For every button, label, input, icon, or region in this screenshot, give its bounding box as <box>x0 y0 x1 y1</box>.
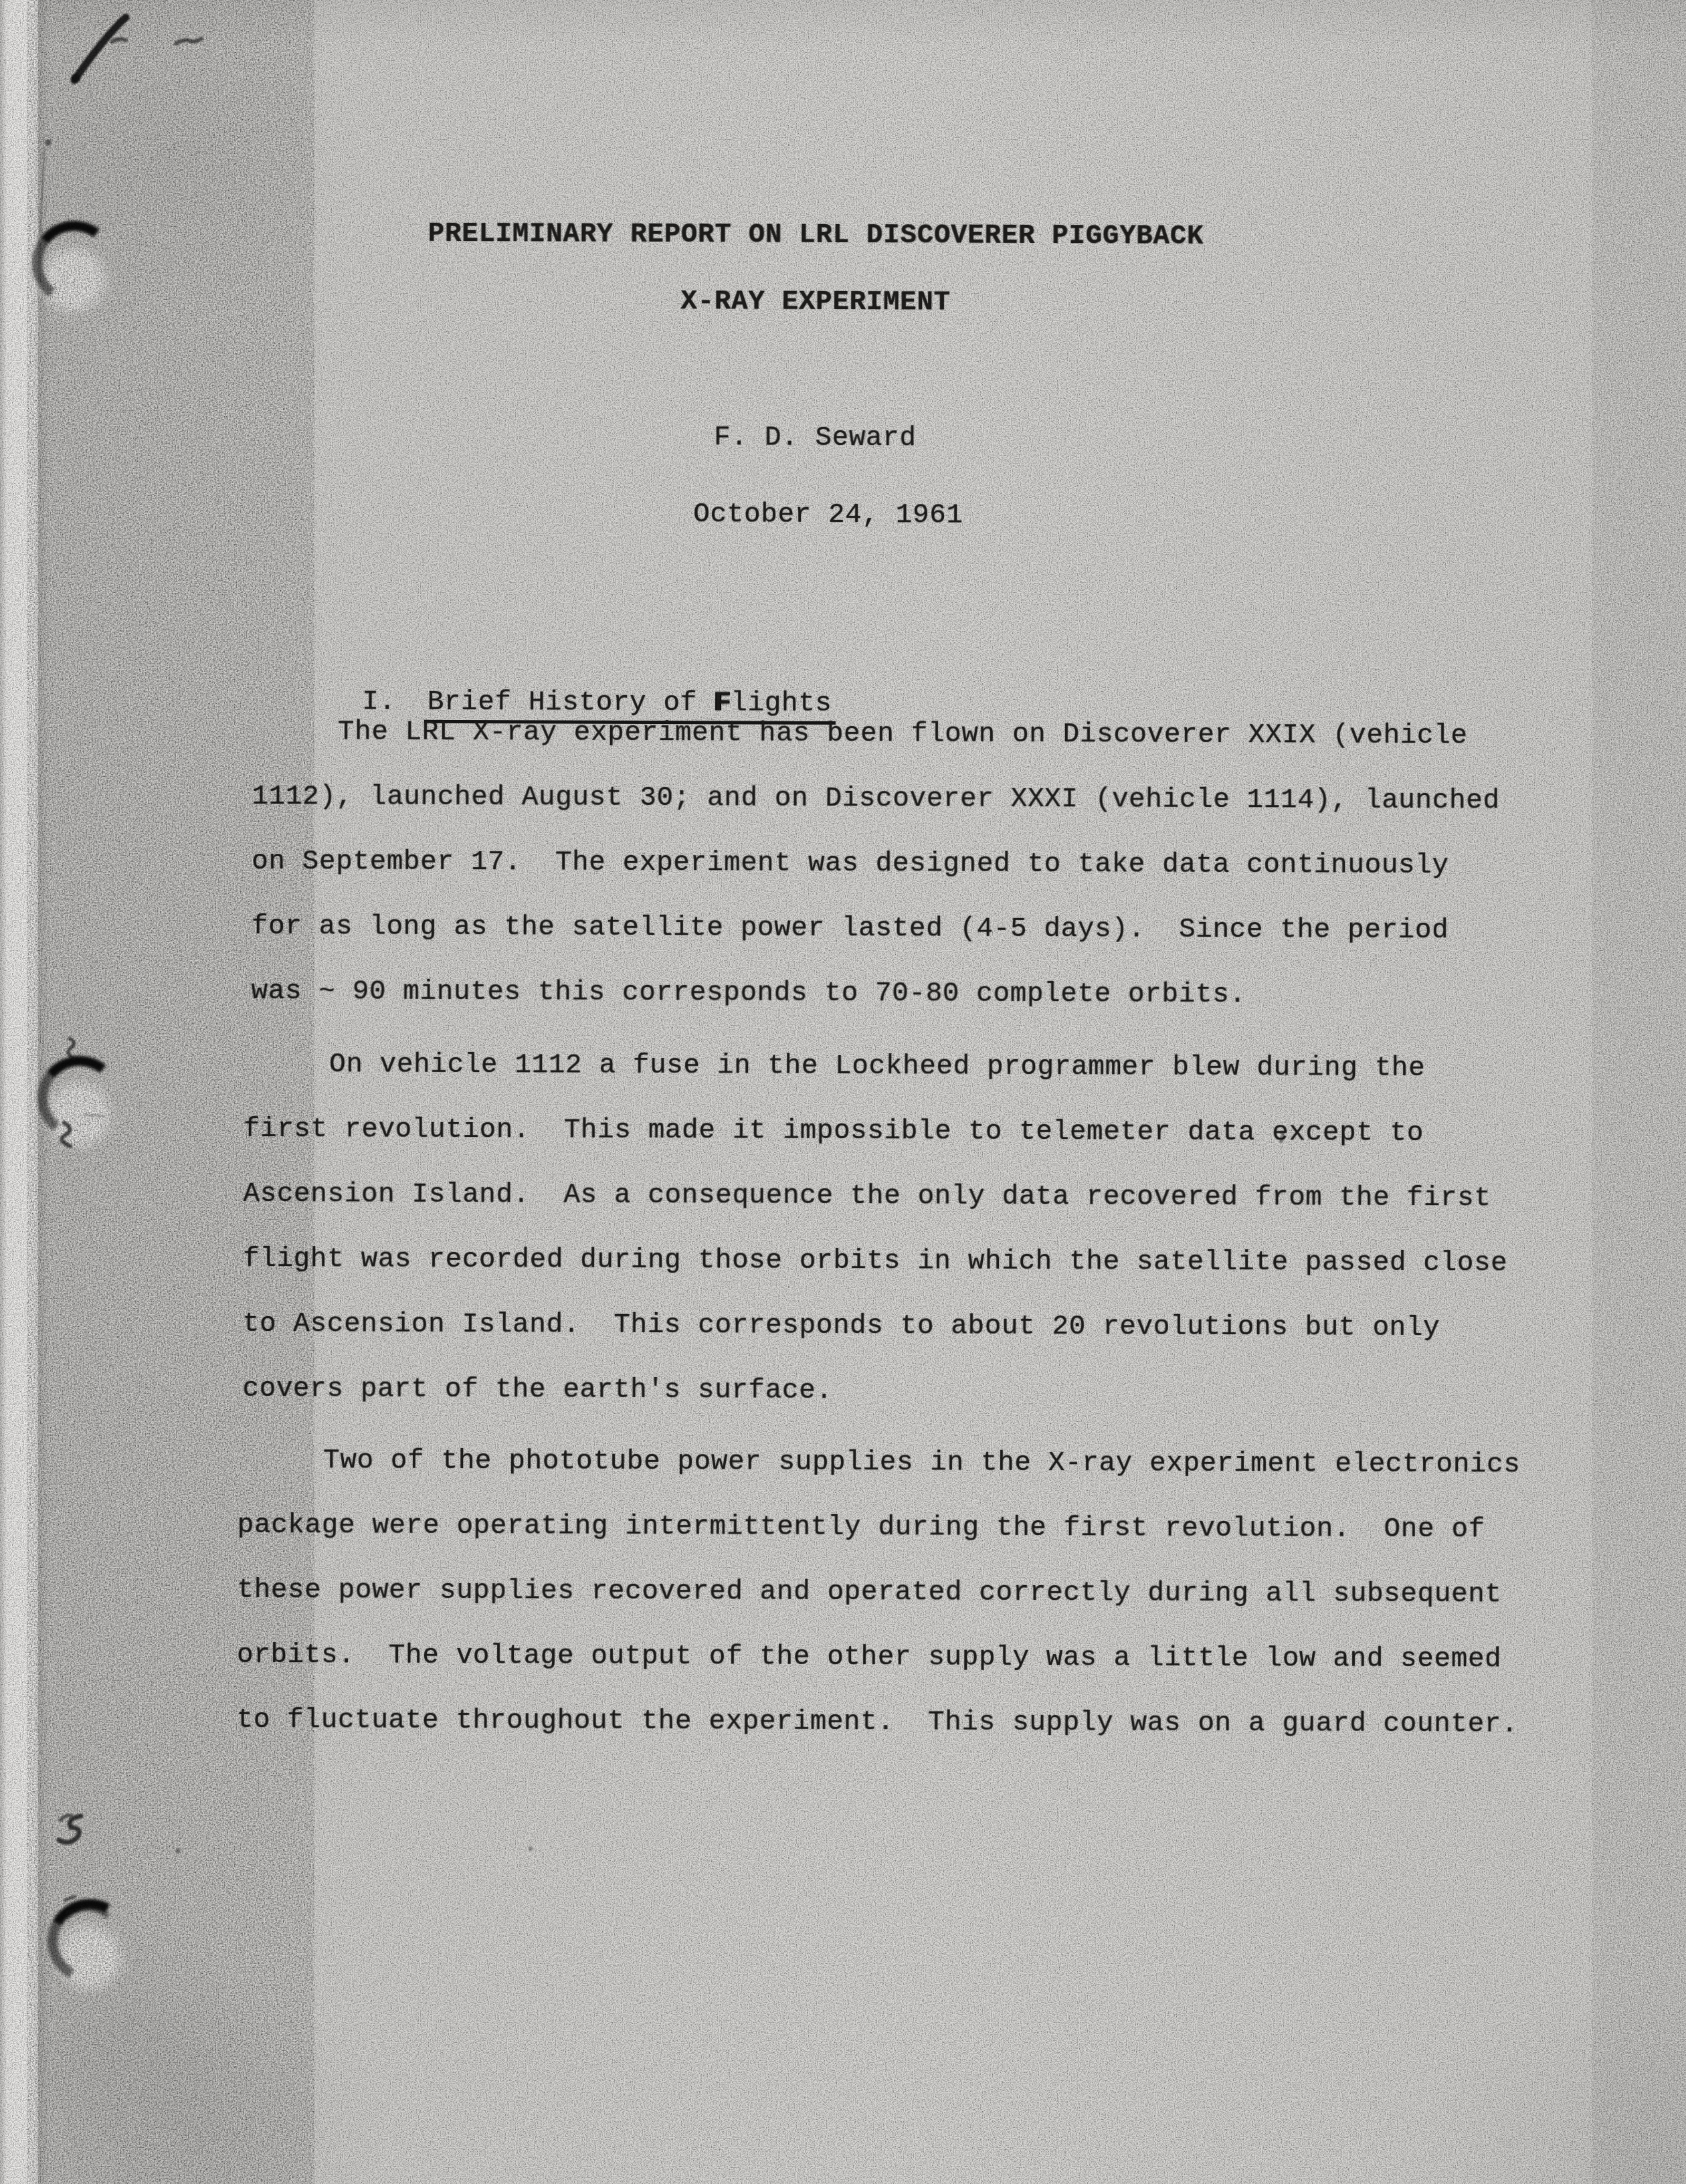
hole-punch-shadow-3 <box>48 1899 130 1982</box>
body-line: 1112), launched August 30; and on Discov… <box>252 765 1499 834</box>
body-line: on September 17. The experiment was desi… <box>252 830 1499 899</box>
body-line: covers part of the earth's surface. <box>242 1357 1507 1427</box>
paragraph-3: Two of the phototube power supplies in t… <box>237 1429 1521 1758</box>
body-line: these power supplies recovered and opera… <box>237 1558 1520 1628</box>
paragraph-1: The LRL X-ray experiment has been flown … <box>251 700 1500 1029</box>
author-name: F. D. Seward <box>0 418 1658 458</box>
body-line: first revolution. This made it impossibl… <box>244 1097 1509 1167</box>
hole-punch-shadow-1 <box>32 221 115 304</box>
paper-background: PRELIMINARY REPORT ON LRL DISCOVERER PIG… <box>0 0 1686 2184</box>
body-line: On vehicle 1112 a fuse in the Lockheed p… <box>244 1032 1509 1102</box>
paragraph-2: On vehicle 1112 a fuse in the Lockheed p… <box>242 1032 1508 1427</box>
body-line: Two of the phototube power supplies in t… <box>238 1429 1521 1498</box>
body-line: to fluctuate throughout the experiment. … <box>237 1688 1520 1758</box>
body-line: orbits. The voltage output of the other … <box>237 1623 1520 1693</box>
section-heading: I.Brief History of Flights <box>261 655 832 689</box>
report-subtitle: X-RAY EXPERIMENT <box>0 282 1659 322</box>
report-date: October 24, 1961 <box>0 496 1671 535</box>
body-line: for as long as the satellite power laste… <box>252 895 1499 964</box>
body-line: to Ascension Island. This corresponds to… <box>243 1292 1508 1362</box>
body-line: Ascension Island. As a consequence the o… <box>243 1162 1508 1232</box>
body-line: was ~ 90 minutes this corresponds to 70-… <box>251 960 1499 1029</box>
scanned-document-page: { "document": { "title_line1": "PRELIMIN… <box>0 0 1686 2184</box>
hole-punch-arc-3b <box>54 1905 120 1971</box>
body-line: The LRL X-ray experiment has been flown … <box>252 700 1500 769</box>
typewritten-text-layer: PRELIMINARY REPORT ON LRL DISCOVERER PIG… <box>0 0 1686 2184</box>
body-line: package were operating intermittently du… <box>238 1493 1521 1563</box>
hole-punch-shadow-2 <box>37 1056 120 1139</box>
report-title: PRELIMINARY REPORT ON LRL DISCOVERER PIG… <box>0 215 1659 255</box>
body-line: flight was recorded during those orbits … <box>243 1227 1508 1297</box>
